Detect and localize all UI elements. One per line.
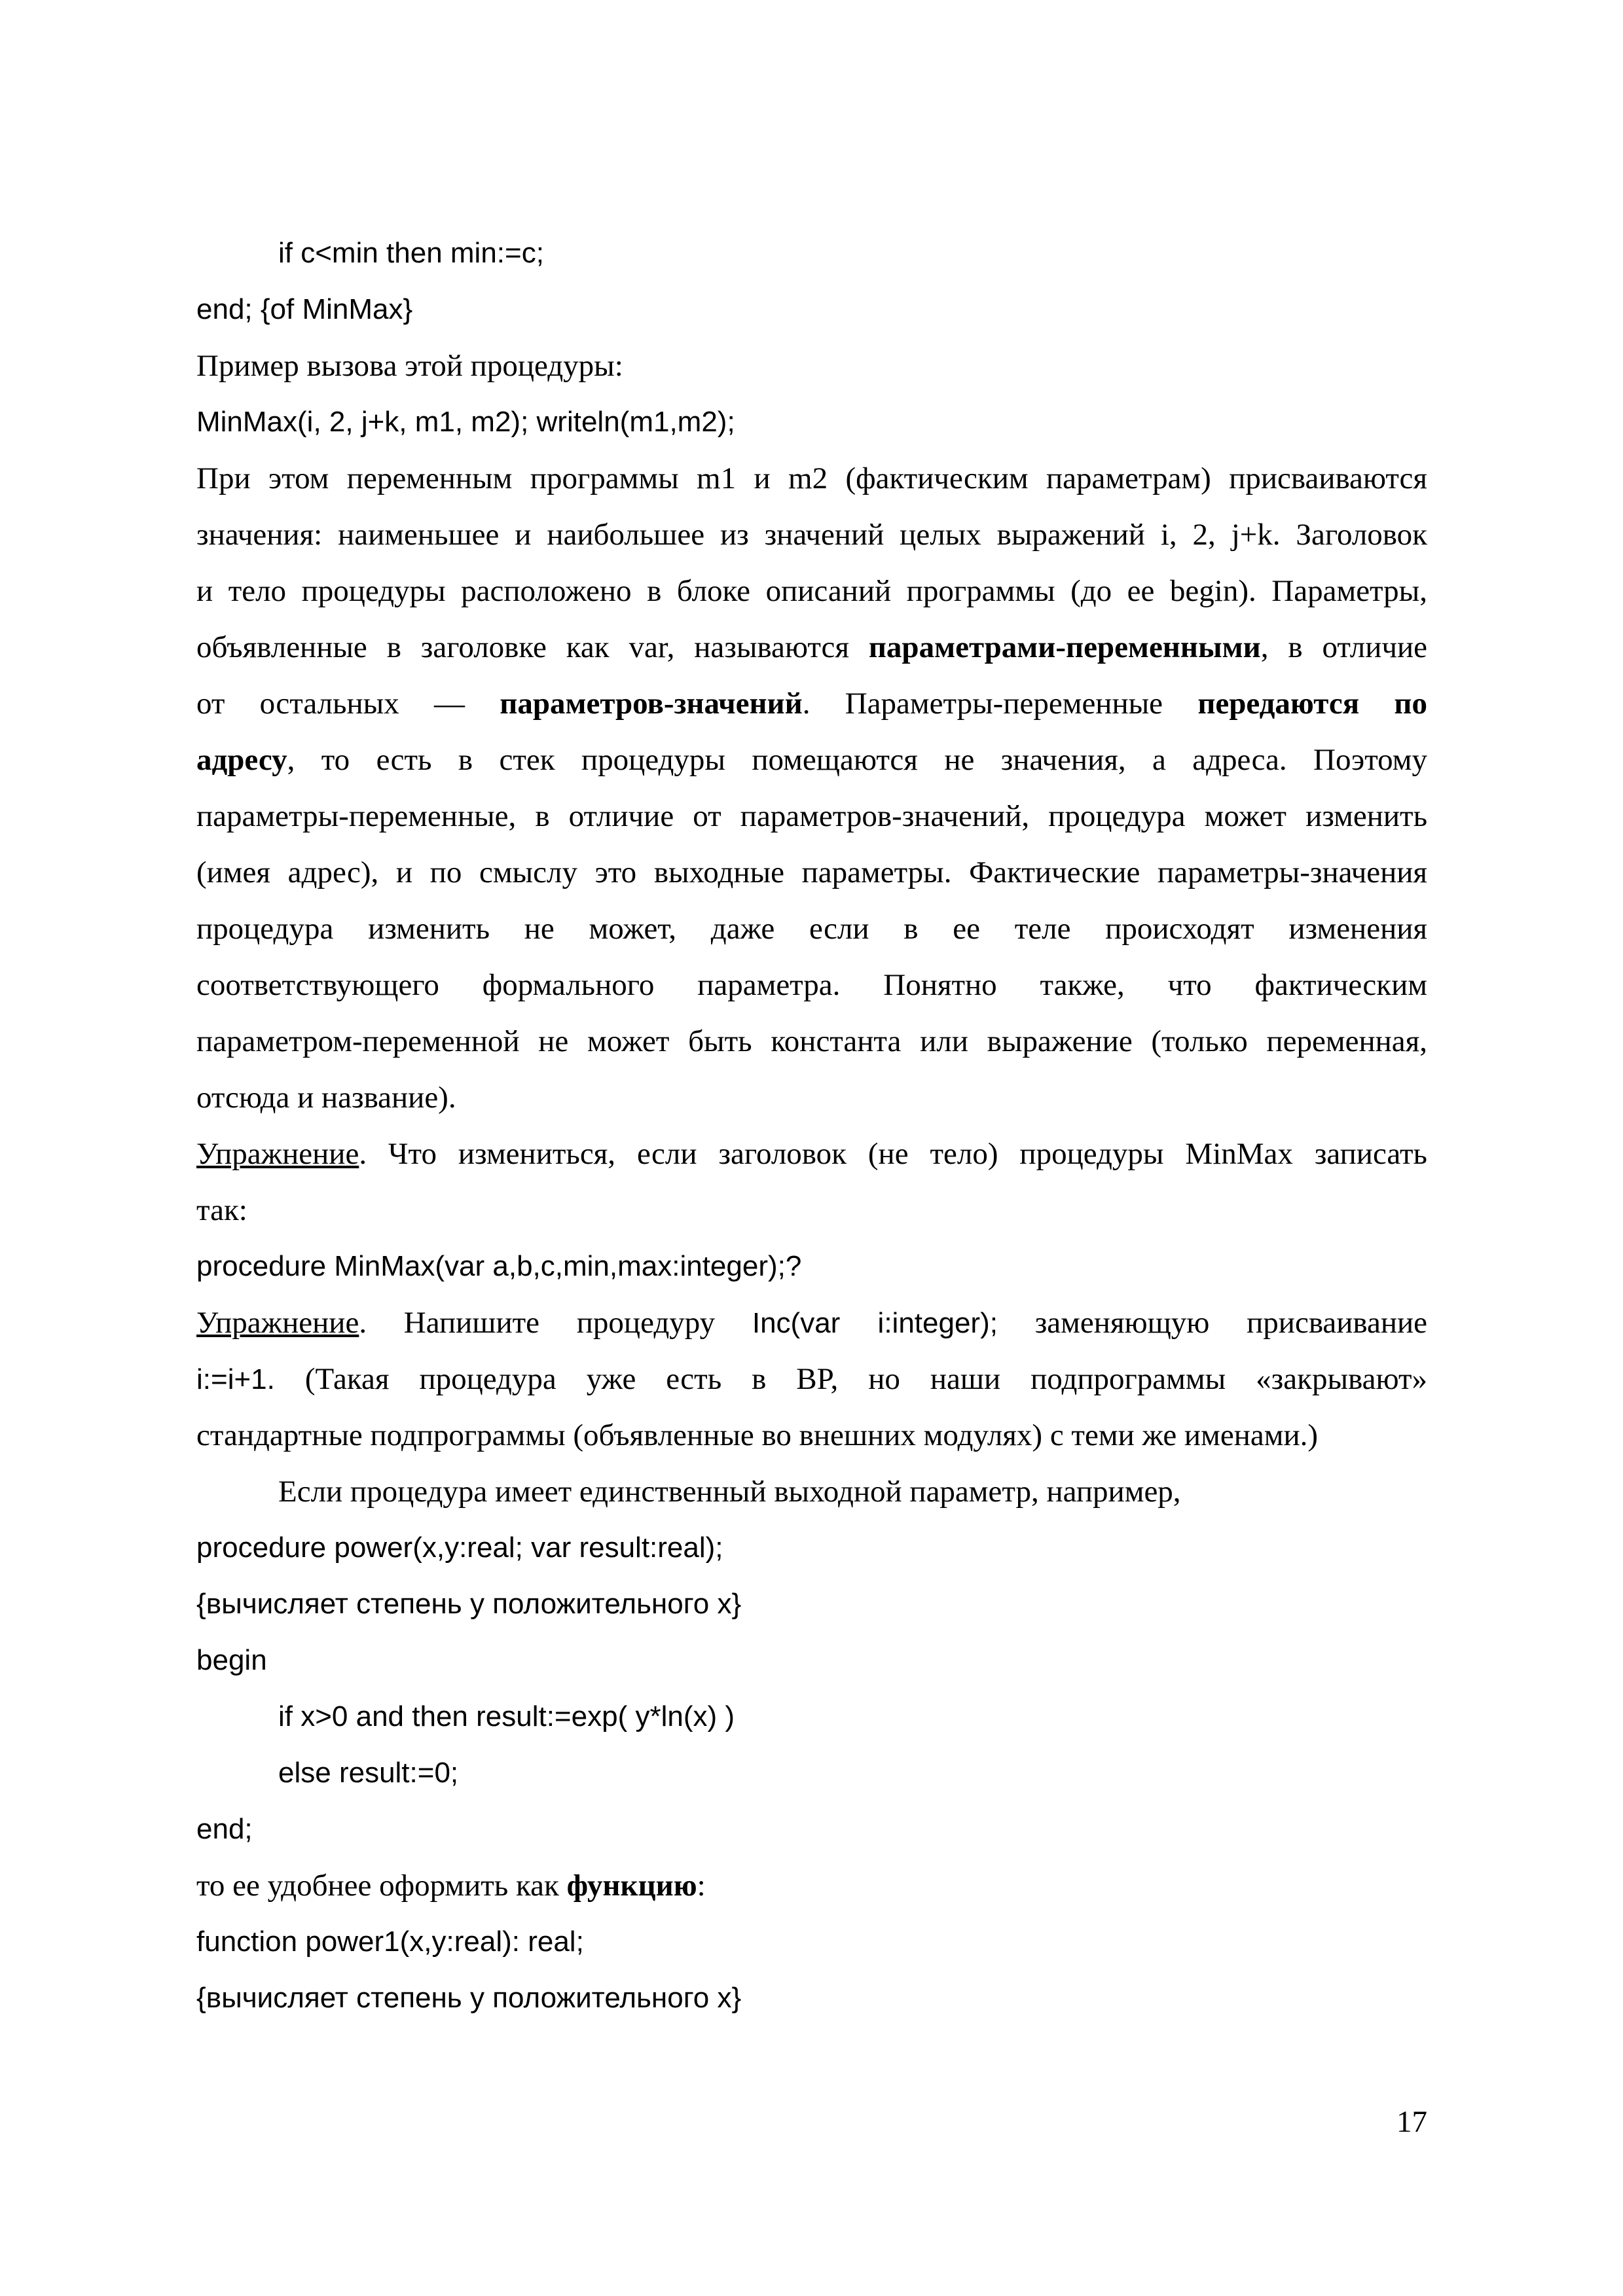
text-line: значения: наименьшее и наибольшее из зна… (196, 507, 1427, 563)
text-segment: Упражнение (196, 1306, 359, 1340)
text-line: так: (196, 1182, 1427, 1238)
text-line: procedure power(x,y:real; var result:rea… (196, 1520, 1427, 1576)
text-segment: MinMax(i, 2, j+k, m1, m2); writeln(m1,m2… (196, 406, 735, 438)
text-line: end; {of MinMax} (196, 281, 1427, 338)
text-segment: процедура изменить не может, даже если в… (196, 912, 1427, 946)
text-segment: параметрами-переменными (869, 630, 1261, 664)
text-line: end; (196, 1801, 1427, 1857)
text-segment: При этом переменным программы m1 и m2 (ф… (196, 461, 1427, 495)
text-line: параметром-переменной не может быть конс… (196, 1013, 1427, 1069)
text-line: MinMax(i, 2, j+k, m1, m2); writeln(m1,m2… (196, 394, 1427, 450)
text-segment: значения: наименьшее и наибольшее из зна… (196, 518, 1427, 552)
text-segment: . Что измениться, если заголовок (не тел… (359, 1137, 1427, 1171)
text-line: Если процедура имеет единственный выходн… (196, 1463, 1427, 1520)
page-number: 17 (196, 2094, 1427, 2150)
text-segment: i:=i+1. (196, 1363, 275, 1395)
text-line: if x>0 and then result:=exp( y*ln(x) ) (196, 1689, 1427, 1745)
text-segment: , в отличие (1261, 630, 1427, 664)
text-segment: (Такая процедура уже есть в BP, но наши … (275, 1362, 1427, 1396)
text-line: procedure MinMax(var a,b,c,min,max:integ… (196, 1238, 1427, 1295)
text-line: объявленные в заголовке как var, называю… (196, 619, 1427, 675)
text-line: Упражнение. Напишите процедуру Inc(var i… (196, 1295, 1427, 1351)
text-segment: begin (196, 1644, 267, 1676)
text-line: параметры-переменные, в отличие от парам… (196, 788, 1427, 844)
text-segment: так: (196, 1193, 247, 1227)
text-segment: Упражнение (196, 1137, 359, 1171)
text-segment: . Напишите процедуру (359, 1306, 752, 1340)
text-line: и тело процедуры расположено в блоке опи… (196, 563, 1427, 619)
text-segment: end; (196, 1813, 253, 1845)
text-segment: . Параметры-переменные (803, 687, 1198, 721)
text-line: от остальных — параметров-значений. Пара… (196, 675, 1427, 732)
text-segment: Inc(var i:integer); (752, 1307, 998, 1339)
text-segment: else result:=0; (278, 1757, 458, 1789)
text-line: (имея адрес), и по смыслу это выходные п… (196, 844, 1427, 901)
text-segment: и тело процедуры расположено в блоке опи… (196, 574, 1427, 608)
text-segment: то ее удобнее оформить как (196, 1869, 567, 1903)
text-segment: отсюда и название). (196, 1081, 456, 1115)
text-segment: Если процедура имеет единственный выходн… (278, 1475, 1181, 1509)
text-line: то ее удобнее оформить как функцию: (196, 1857, 1427, 1914)
text-segment: {вычисляет степень у положительного x} (196, 1588, 741, 1620)
text-segment: (имея адрес), и по смыслу это выходные п… (196, 855, 1427, 889)
text-segment: {вычисляет степень у положительного x} (196, 1982, 741, 2014)
text-segment: procedure power(x,y:real; var result:rea… (196, 1532, 723, 1564)
text-line: отсюда и название). (196, 1069, 1427, 1126)
text-segment: от остальных — (196, 687, 500, 721)
text-line: адресу, то есть в стек процедуры помещаю… (196, 732, 1427, 788)
text-segment: соответствующего формального параметра. … (196, 968, 1427, 1002)
document-page: if c<min then min:=c;end; {of MinMax}При… (0, 0, 1623, 2296)
text-segment: параметров-значений (500, 687, 802, 721)
text-line: Пример вызова этой процедуры: (196, 338, 1427, 394)
text-line: процедура изменить не может, даже если в… (196, 901, 1427, 957)
text-segment: заменяющую присваивание (998, 1306, 1427, 1340)
text-line: if c<min then min:=c; (196, 225, 1427, 281)
text-segment: функцию (567, 1869, 697, 1903)
text-segment: end; {of MinMax} (196, 293, 412, 325)
text-content: if c<min then min:=c;end; {of MinMax}При… (196, 225, 1427, 2026)
text-line: стандартные подпрограммы (объявленные во… (196, 1407, 1427, 1463)
text-line: i:=i+1. (Такая процедура уже есть в BP, … (196, 1351, 1427, 1407)
text-segment: передаются по (1197, 687, 1427, 721)
text-segment: function power1(x,y:real): real; (196, 1926, 584, 1958)
text-segment: параметры-переменные, в отличие от парам… (196, 799, 1427, 833)
text-line: соответствующего формального параметра. … (196, 957, 1427, 1013)
text-line: {вычисляет степень у положительного x} (196, 1576, 1427, 1632)
text-line: {вычисляет степень у положительного x} (196, 1970, 1427, 2026)
text-line: Упражнение. Что измениться, если заголов… (196, 1126, 1427, 1182)
text-segment: if x>0 and then result:=exp( y*ln(x) ) (278, 1700, 735, 1732)
text-segment: стандартные подпрограммы (объявленные во… (196, 1418, 1318, 1452)
text-line: begin (196, 1632, 1427, 1689)
text-line: else result:=0; (196, 1745, 1427, 1801)
text-line: function power1(x,y:real): real; (196, 1914, 1427, 1970)
text-segment: объявленные в заголовке как var, называю… (196, 630, 869, 664)
text-line: При этом переменным программы m1 и m2 (ф… (196, 450, 1427, 507)
text-segment: адресу (196, 743, 287, 777)
text-segment: if c<min then min:=c; (278, 237, 544, 269)
text-segment: параметром-переменной не может быть конс… (196, 1024, 1427, 1058)
text-segment: , то есть в стек процедуры помещаются не… (287, 743, 1427, 777)
text-segment: Пример вызова этой процедуры: (196, 349, 623, 383)
text-segment: : (697, 1869, 706, 1903)
text-segment: procedure MinMax(var a,b,c,min,max:integ… (196, 1250, 801, 1282)
